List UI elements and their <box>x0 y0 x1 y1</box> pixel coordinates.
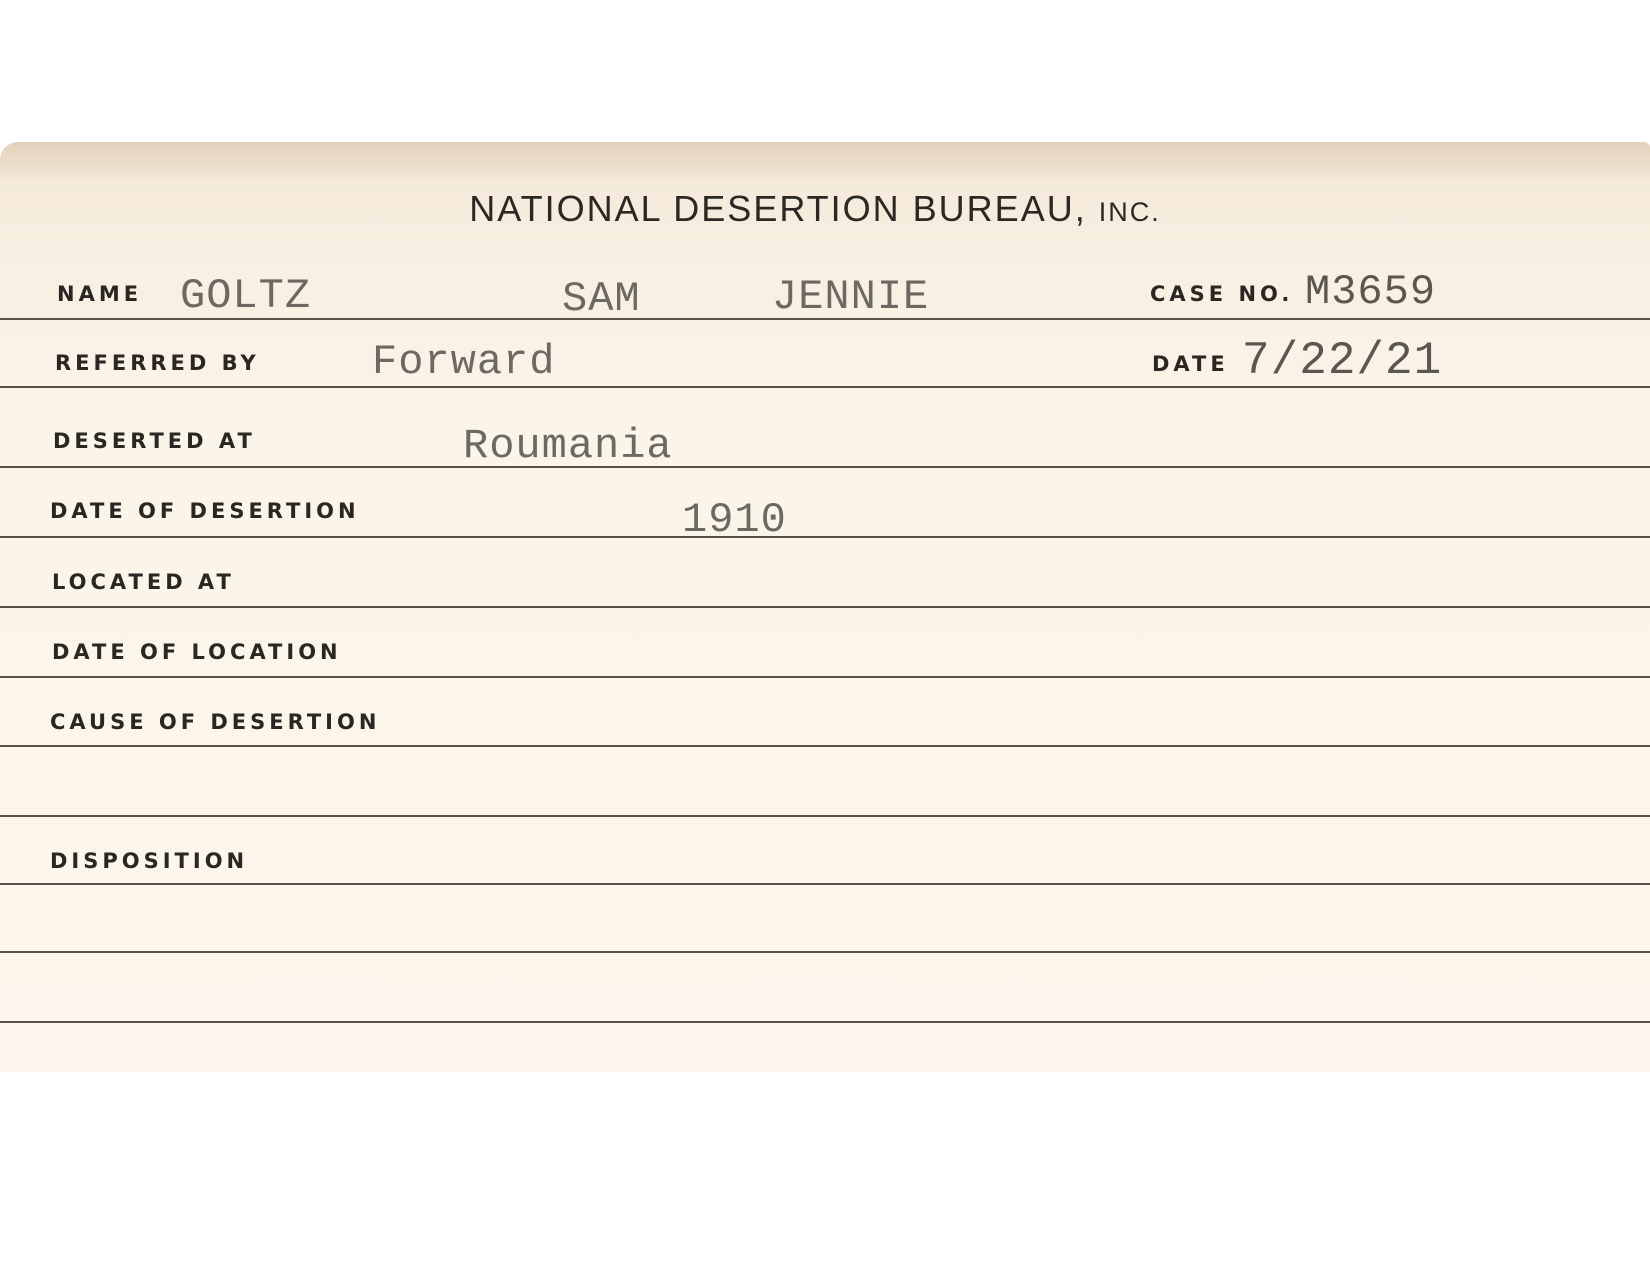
referred-by-value: Forward <box>372 338 555 386</box>
date-of-desertion-label: DATE OF DESERTION <box>50 499 360 523</box>
rule-located-at <box>0 606 1650 608</box>
card-title: NATIONAL DESERTION BUREAU, INC. <box>0 188 1650 230</box>
name-spouse-value: JENNIE <box>772 273 929 321</box>
rule-deserted-at <box>0 466 1650 468</box>
deserted-at-label: DESERTED AT <box>53 429 256 453</box>
case-no-label: CASE NO. <box>1150 282 1293 306</box>
bureau-name: NATIONAL DESERTION BUREAU, <box>469 188 1086 229</box>
rule-name <box>0 318 1650 320</box>
name-label: NAME <box>57 282 142 306</box>
rule-disposition-2 <box>0 951 1650 953</box>
rule-referred <box>0 386 1650 388</box>
name-surname-value: GOLTZ <box>180 272 311 320</box>
rule-date-of-desertion <box>0 536 1650 538</box>
date-label: DATE <box>1152 352 1229 376</box>
disposition-label: DISPOSITION <box>50 849 248 873</box>
referred-by-label: REFERRED BY <box>55 351 260 375</box>
located-at-label: LOCATED AT <box>52 570 235 594</box>
cause-of-desertion-label: CAUSE OF DESERTION <box>50 710 380 734</box>
deserted-at-value: Roumania <box>463 422 673 470</box>
rule-date-of-location <box>0 676 1650 678</box>
rule-disposition-1 <box>0 883 1650 885</box>
case-no-value: M3659 <box>1305 268 1436 316</box>
rule-disposition-3 <box>0 1021 1650 1023</box>
name-first-value: SAM <box>562 275 641 323</box>
rule-cause-1 <box>0 745 1650 747</box>
date-of-location-label: DATE OF LOCATION <box>52 640 342 664</box>
rule-cause-2 <box>0 815 1650 817</box>
date-value: 7/22/21 <box>1242 335 1442 387</box>
bureau-suffix: INC. <box>1099 197 1161 227</box>
